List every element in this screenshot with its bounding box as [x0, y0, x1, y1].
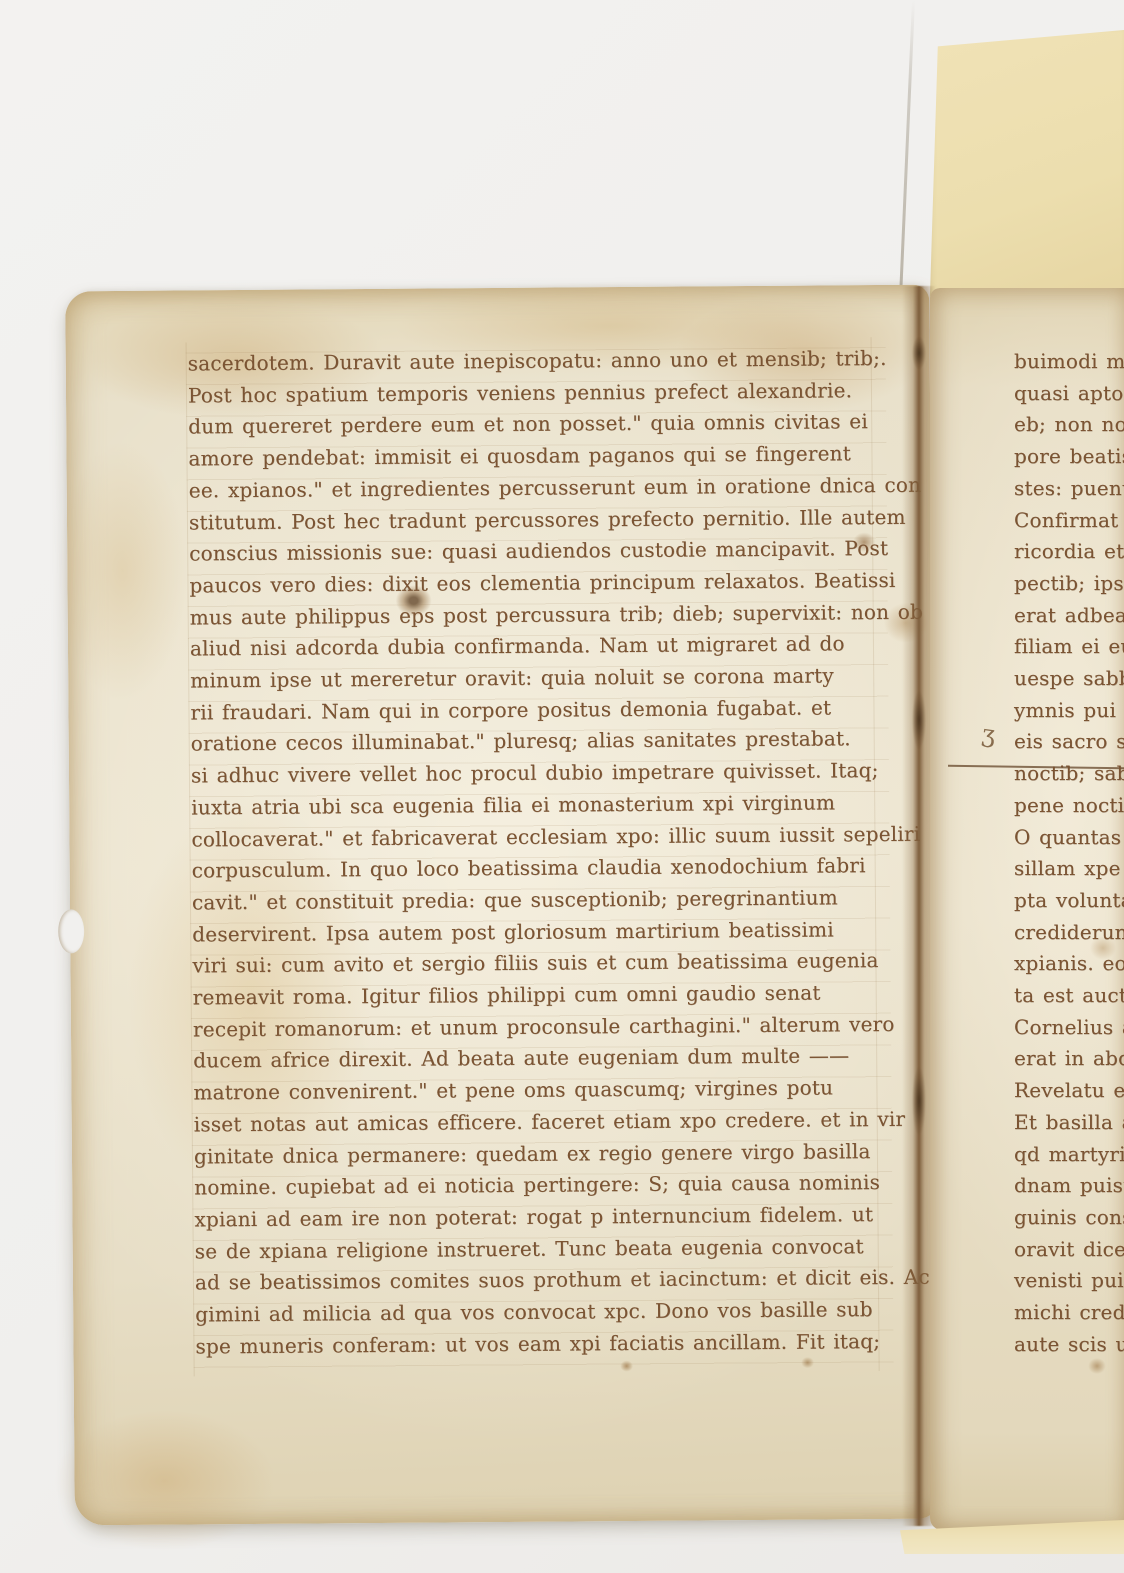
manuscript-text-line: gimini ad milicia ad qua vos convocat xp…: [195, 1294, 895, 1331]
manuscript-text-line: spe muneris conferam: ut vos eam xpi fac…: [195, 1326, 895, 1363]
manuscript-text-line: si adhuc vivere vellet hoc procul dubio …: [191, 755, 891, 792]
sewing-knot: [912, 336, 926, 370]
manuscript-text-line: amore pendebat: immisit ei quosdam pagan…: [188, 438, 888, 475]
manuscript-text-line: eb; non noc: [1014, 409, 1124, 441]
manuscript-text-line: Revelatu es: [1014, 1075, 1124, 1107]
manuscript-text-line: paucos vero dies: dixit eos clementia pr…: [189, 565, 889, 602]
manuscript-text-line: noctib; sabb: [1014, 758, 1124, 790]
manuscript-text-line: O quantas pe: [1014, 822, 1124, 854]
manuscript-text-line: stes: puent: [1014, 473, 1124, 505]
manuscript-text-line: Et basilla ade: [1014, 1107, 1124, 1139]
manuscript-text-line: matrone convenirent." et pene oms quascu…: [193, 1072, 893, 1109]
manuscript-text-line: xpiani ad eam ire non poterat: rogat p i…: [194, 1199, 894, 1236]
manuscript-text-line: dnam puist: [1014, 1170, 1124, 1202]
manuscript-text-line: xpianis. eo q: [1014, 948, 1124, 980]
manuscript-text-line: ymnis pui: [1014, 695, 1124, 727]
manuscript-text-line: ta est auctori: [1014, 980, 1124, 1012]
manuscript-text-line: quasi aptos: [1014, 378, 1124, 410]
manuscript-text-line: buimodi m: [1014, 346, 1124, 378]
manuscript-left-page: sacerdotem. Duravit aute inepiscopatu: a…: [65, 285, 939, 1526]
manuscript-text-line: erat in abdit: [1014, 1043, 1124, 1075]
paragraph-mark: ʒ: [980, 719, 997, 749]
manuscript-text-line: pta volunta: [1014, 885, 1124, 917]
manuscript-text-line: crediderunt: [1014, 917, 1124, 949]
manuscript-text-line: sillam xpe sp: [1014, 853, 1124, 885]
sewing-knot: [912, 1066, 926, 1136]
manuscript-right-page: ʒ buimodi mquasi aptoseb; non nocpore be…: [930, 288, 1124, 1530]
manuscript-text-line: minum ipse ut mereretur oravit: quia nol…: [190, 660, 890, 697]
manuscript-text-line: qd martyrii: [1014, 1139, 1124, 1171]
manuscript-text-line: ricordia et g: [1014, 536, 1124, 568]
manuscript-text-line: guinis conse: [1014, 1202, 1124, 1234]
stain: [56, 440, 188, 701]
manuscript-text-line: remeavit roma. Igitur filios philippi cu…: [193, 977, 893, 1014]
manuscript-text-line: eis sacro sca: [1014, 726, 1124, 758]
manuscript-text-line: iuxta atria ubi sca eugenia filia ei mon…: [191, 787, 891, 824]
left-page-text-block: sacerdotem. Duravit aute inepiscopatu: a…: [188, 343, 896, 1363]
manuscript-text-line: Cornelius a: [1014, 1012, 1124, 1044]
stain: [54, 1410, 275, 1552]
guard-leaf-top: [928, 30, 1124, 302]
manuscript-text-line: isset notas aut amicas efficere. faceret…: [194, 1104, 894, 1141]
manuscript-text-line: oravit dicens: [1014, 1234, 1124, 1266]
manuscript-text-line: uespe sabba: [1014, 663, 1124, 695]
sewing-knot: [912, 690, 926, 750]
manuscript-text-line: Confirmat: [1014, 505, 1124, 537]
manuscript-text-line: pore beatissi: [1014, 441, 1124, 473]
manuscript-text-line: aute scis uirg: [1014, 1329, 1124, 1361]
flyleaf-edge: [899, 0, 915, 300]
manuscript-text-line: venisti puit: [1014, 1265, 1124, 1297]
photo-backdrop: sacerdotem. Duravit aute inepiscopatu: a…: [0, 0, 1124, 1573]
manuscript-text-line: ee. xpianos." et ingredientes percusseru…: [189, 470, 889, 507]
manuscript-text-line: michi credidit: [1014, 1297, 1124, 1329]
edge-tear: [58, 909, 84, 953]
manuscript-text-line: erat adbea: [1014, 600, 1124, 632]
manuscript-text-line: pectib; ipsa: [1014, 568, 1124, 600]
manuscript-text-line: sacerdotem. Duravit aute inepiscopatu: a…: [188, 343, 888, 380]
manuscript-text-line: cavit." et constituit predia: que suscep…: [192, 882, 892, 919]
manuscript-text-line: pene noctib;: [1014, 790, 1124, 822]
right-page-text-block: buimodi mquasi aptoseb; non nocpore beat…: [1014, 346, 1124, 1361]
manuscript-text-line: filiam ei eu: [1014, 631, 1124, 663]
